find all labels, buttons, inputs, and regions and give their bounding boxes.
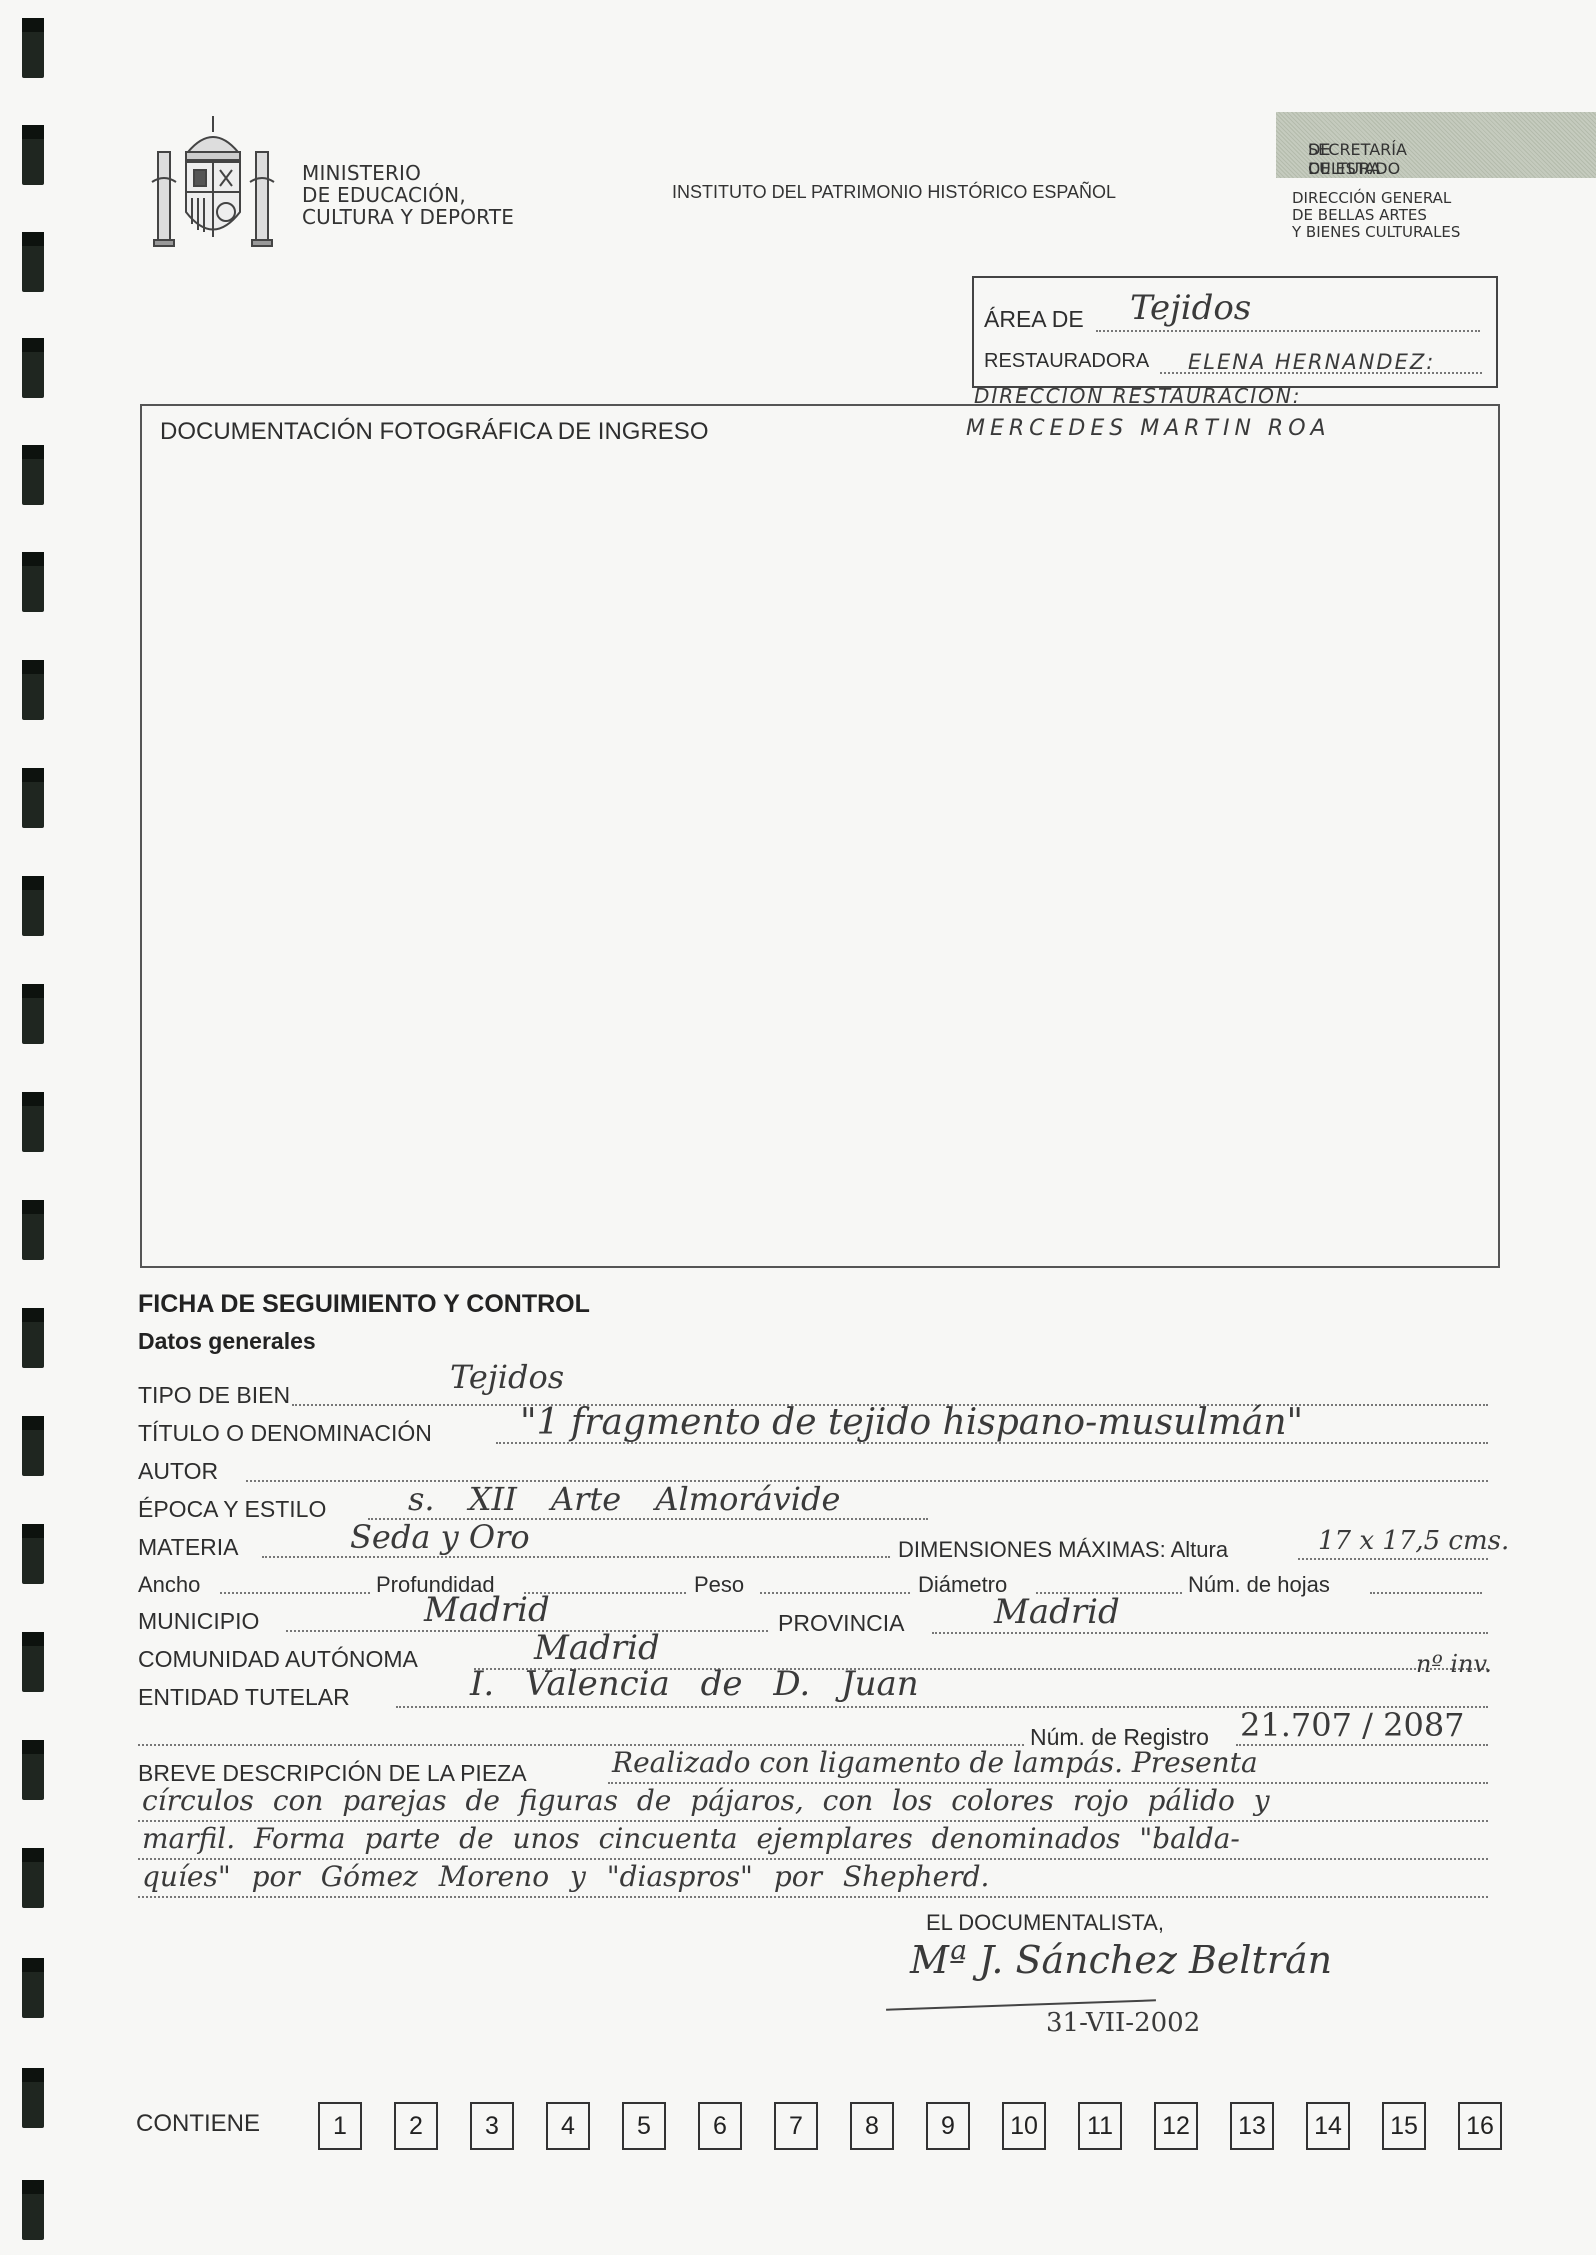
descripcion-line[interactable]: Realizado con ligamento de lampás. Prese… bbox=[612, 1746, 1258, 1779]
entidad-note: nº inv. bbox=[1416, 1650, 1492, 1678]
direccion-line: Y BIENES CULTURALES bbox=[1292, 224, 1460, 241]
titulo-value[interactable]: "1 fragmento de tejido hispano-musulmán" bbox=[520, 1402, 1303, 1443]
binding-hole bbox=[22, 338, 44, 398]
contiene-box-4[interactable]: 4 bbox=[546, 2102, 590, 2150]
dotline bbox=[1370, 1592, 1482, 1594]
epoca-label: ÉPOCA Y ESTILO bbox=[138, 1496, 326, 1523]
dotline bbox=[1298, 1558, 1488, 1560]
binding-hole bbox=[22, 1200, 44, 1260]
dotline bbox=[220, 1592, 370, 1594]
binding-hole bbox=[22, 876, 44, 936]
secretaria-line: DE CULTURA bbox=[1308, 140, 1381, 178]
area-value[interactable]: Tejidos bbox=[1130, 288, 1251, 328]
coat-of-arms-icon bbox=[148, 112, 278, 252]
contiene-box-14[interactable]: 14 bbox=[1306, 2102, 1350, 2150]
contiene-box-15[interactable]: 15 bbox=[1382, 2102, 1426, 2150]
municipio-label: MUNICIPIO bbox=[138, 1608, 259, 1635]
photo-documentation-area bbox=[140, 404, 1500, 1268]
contiene-box-9[interactable]: 9 bbox=[926, 2102, 970, 2150]
contiene-box-12[interactable]: 12 bbox=[1154, 2102, 1198, 2150]
secretaria-banner: SECRETARÍA DE ESTADO DE CULTURA bbox=[1276, 112, 1596, 178]
binding-hole bbox=[22, 1958, 44, 2018]
tipo-bien-value[interactable]: Tejidos bbox=[450, 1358, 564, 1396]
contiene-box-8[interactable]: 8 bbox=[850, 2102, 894, 2150]
titulo-label: TÍTULO O DENOMINACIÓN bbox=[138, 1420, 432, 1447]
institute-name: INSTITUTO DEL PATRIMONIO HISTÓRICO ESPAÑ… bbox=[672, 182, 1116, 203]
descripcion-label: BREVE DESCRIPCIÓN DE LA PIEZA bbox=[138, 1760, 527, 1787]
ministry-line: MINISTERIO bbox=[302, 162, 514, 184]
binding-hole bbox=[22, 232, 44, 292]
restaurador-label: RESTAURADORA bbox=[984, 350, 1149, 373]
binding-hole bbox=[22, 445, 44, 505]
binding-hole bbox=[22, 2068, 44, 2128]
binding-hole bbox=[22, 18, 44, 78]
binding-hole bbox=[22, 1416, 44, 1476]
comunidad-label: COMUNIDAD AUTÓNOMA bbox=[138, 1646, 418, 1673]
dotline bbox=[138, 1896, 1488, 1898]
materia-value[interactable]: Seda y Oro bbox=[350, 1518, 530, 1556]
binding-hole bbox=[22, 984, 44, 1044]
binding-hole bbox=[22, 1092, 44, 1152]
ministry-line: CULTURA Y DEPORTE bbox=[302, 206, 514, 228]
contiene-box-13[interactable]: 13 bbox=[1230, 2102, 1274, 2150]
dotline bbox=[262, 1556, 890, 1558]
entidad-label: ENTIDAD TUTELAR bbox=[138, 1684, 350, 1711]
contiene-box-5[interactable]: 5 bbox=[622, 2102, 666, 2150]
ministry-line: DE EDUCACIÓN, bbox=[302, 184, 514, 206]
dotline bbox=[1236, 1744, 1488, 1746]
binding-hole bbox=[22, 1308, 44, 1368]
dimensiones-label: DIMENSIONES MÁXIMAS: Altura bbox=[898, 1537, 1228, 1563]
ancho-label: Ancho bbox=[138, 1572, 200, 1598]
contiene-box-10[interactable]: 10 bbox=[1002, 2102, 1046, 2150]
photo-section-title: DOCUMENTACIÓN FOTOGRÁFICA DE INGRESO bbox=[160, 418, 708, 446]
contiene-box-2[interactable]: 2 bbox=[394, 2102, 438, 2150]
entidad-value[interactable]: I. Valencia de D. Juan bbox=[470, 1664, 919, 1704]
direccion-line: DE BELLAS ARTES bbox=[1292, 207, 1460, 224]
autor-label: AUTOR bbox=[138, 1458, 218, 1485]
epoca-value[interactable]: s. XII Arte Almorávide bbox=[408, 1480, 840, 1518]
registro-value[interactable]: 21.707 / 2087 bbox=[1240, 1706, 1465, 1744]
contiene-box-7[interactable]: 7 bbox=[774, 2102, 818, 2150]
descripcion-line[interactable]: marfil. Forma parte de unos cincuenta ej… bbox=[142, 1822, 1240, 1855]
restaurador-value[interactable]: ELENA HERNANDEZ: bbox=[1188, 350, 1435, 374]
ministry-name: MINISTERIO DE EDUCACIÓN, CULTURA Y DEPOR… bbox=[302, 162, 514, 228]
descripcion-line[interactable]: quíes" por Gómez Moreno y "diaspros" por… bbox=[142, 1860, 989, 1893]
dotline bbox=[286, 1630, 768, 1632]
contiene-box-16[interactable]: 16 bbox=[1458, 2102, 1502, 2150]
hojas-label: Núm. de hojas bbox=[1188, 1572, 1330, 1598]
signature: Mª J. Sánchez Beltrán bbox=[910, 1938, 1332, 1982]
binding-hole bbox=[22, 2180, 44, 2240]
documentalista-label: EL DOCUMENTALISTA, bbox=[926, 1910, 1164, 1936]
comunidad-value[interactable]: Madrid bbox=[534, 1628, 660, 1668]
ficha-subtitle: Datos generales bbox=[138, 1328, 316, 1355]
binding-hole bbox=[22, 552, 44, 612]
direccion-general: DIRECCIÓN GENERAL DE BELLAS ARTES Y BIEN… bbox=[1292, 190, 1460, 241]
contiene-label: CONTIENE bbox=[136, 2110, 260, 2138]
contiene-box-3[interactable]: 3 bbox=[470, 2102, 514, 2150]
dotline bbox=[760, 1592, 910, 1594]
binding-hole bbox=[22, 1524, 44, 1584]
ficha-title: FICHA DE SEGUIMIENTO Y CONTROL bbox=[138, 1290, 590, 1319]
contiene-box-6[interactable]: 6 bbox=[698, 2102, 742, 2150]
provincia-value[interactable]: Madrid bbox=[994, 1592, 1120, 1632]
binding-hole bbox=[22, 1740, 44, 1800]
contiene-box-11[interactable]: 11 bbox=[1078, 2102, 1122, 2150]
binding-hole bbox=[22, 1848, 44, 1908]
binding-hole bbox=[22, 1632, 44, 1692]
peso-label: Peso bbox=[694, 1572, 744, 1598]
binding-hole bbox=[22, 125, 44, 185]
area-dotline bbox=[1096, 330, 1480, 332]
binding-hole bbox=[22, 768, 44, 828]
contiene-box-1[interactable]: 1 bbox=[318, 2102, 362, 2150]
binding-hole bbox=[22, 660, 44, 720]
direccion-line: DIRECCIÓN GENERAL bbox=[1292, 190, 1460, 207]
signature-date: 31-VII-2002 bbox=[1046, 2008, 1200, 2038]
tipo-bien-label: TIPO DE BIEN bbox=[138, 1382, 290, 1409]
provincia-label: PROVINCIA bbox=[778, 1610, 905, 1637]
dotline bbox=[932, 1632, 1488, 1634]
descripcion-line[interactable]: círculos con parejas de figuras de pájar… bbox=[142, 1784, 1270, 1817]
dimensiones-value[interactable]: 17 x 17,5 cms. bbox=[1318, 1526, 1509, 1556]
municipio-value[interactable]: Madrid bbox=[424, 1590, 550, 1630]
materia-label: MATERIA bbox=[138, 1534, 239, 1561]
area-label: ÁREA DE bbox=[984, 306, 1084, 333]
